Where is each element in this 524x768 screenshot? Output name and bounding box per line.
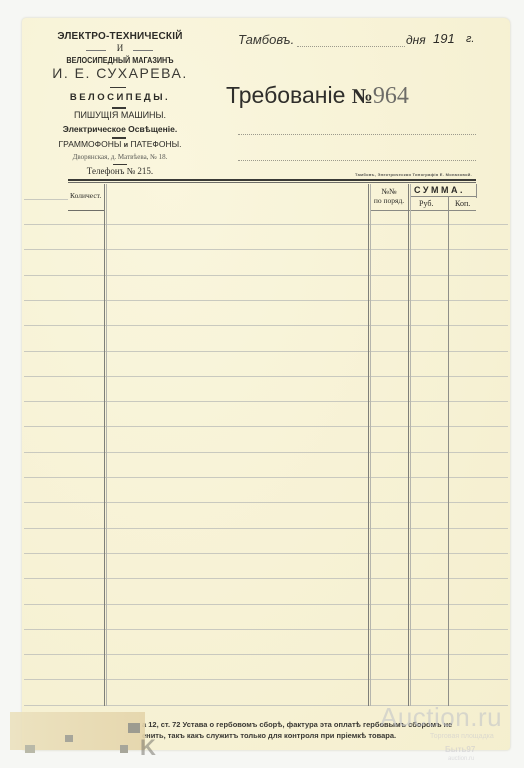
column-divider-rub-kop: [448, 196, 449, 706]
product-bicycles: ВЕЛОСИПЕДЫ.: [40, 92, 200, 103]
letterhead-line1: ЭЛЕКТРО-ТЕХНИЧЕСКІЙ: [40, 31, 200, 42]
document-number: 964: [373, 83, 409, 109]
ruled-line: [24, 300, 508, 301]
col-header-kop: Коп.: [455, 199, 470, 208]
header-rule: [68, 179, 476, 181]
column-divider-order-double: [410, 184, 411, 706]
col-header-order-no: №№по поряд.: [372, 187, 406, 205]
ruled-line: [24, 199, 68, 200]
ruled-line: [24, 502, 508, 503]
column-divider-quantity: [104, 184, 105, 706]
ruled-line: [24, 452, 508, 453]
gramophones-text: ГРАММОФОНЫ: [58, 139, 121, 149]
printer-imprint: Тамбовъ, Электрическая Типографія Е. Мон…: [355, 172, 472, 177]
watermark-brand: Auction.ru: [380, 702, 502, 733]
year-prefix: 191: [433, 31, 455, 46]
quantity-underline: [68, 210, 104, 211]
pixelated-block: [25, 745, 35, 753]
header-rule-thin: [68, 182, 476, 183]
col-header-quantity: Количест.: [70, 191, 101, 200]
ruled-line: [24, 553, 508, 554]
ruled-line: [24, 629, 508, 630]
document-title: Требованіе №964: [226, 82, 409, 110]
city-label: Тамбовъ.: [238, 32, 294, 47]
year-suffix: г.: [466, 33, 474, 45]
col-header-sum: СУММА.: [414, 185, 465, 195]
ruled-line: [24, 224, 508, 225]
ruled-line: [24, 426, 508, 427]
shop-phone: Телефонъ № 215.: [40, 166, 200, 176]
ruled-line: [24, 325, 508, 326]
pixelated-block: [128, 723, 140, 733]
divider: [113, 164, 127, 165]
ruled-line: [24, 351, 508, 352]
column-divider-order: [408, 184, 409, 706]
watermark-sub1: Торговая площадка: [430, 733, 494, 740]
product-gramophones: ГРАММОФОНЫ и ПАТЕФОНЫ.: [40, 139, 200, 149]
column-divider-item-double: [370, 184, 371, 706]
pixelated-letters: K: [140, 735, 156, 761]
date-field-line[interactable]: [297, 46, 405, 47]
col-header-rub: Руб.: [419, 199, 433, 208]
ruled-line: [24, 528, 508, 529]
ruled-line: [24, 679, 508, 680]
product-electric-lighting: Электрическое Освѣщеніе.: [40, 124, 200, 134]
product-typewriters: ПИШУЩІЯ МАШИНЫ.: [40, 110, 200, 120]
and-text: и: [124, 142, 128, 149]
title-text: Требованіе: [226, 82, 345, 108]
divider: [133, 50, 153, 51]
ruled-line: [24, 654, 508, 655]
ruled-line: [24, 578, 508, 579]
ruled-line: [24, 477, 508, 478]
watermark-sub3: auction.ru: [448, 756, 474, 762]
ruled-line: [24, 376, 508, 377]
letterhead-line3: ВЕЛОСИПЕДНЫЙ МАГАЗИНЪ: [52, 55, 188, 65]
column-divider-quantity-double: [106, 184, 107, 706]
sum-divider: [410, 196, 476, 197]
watermark-sub2: Быть97: [445, 745, 475, 754]
order-no-line1: №№: [372, 187, 406, 196]
column-divider-item: [368, 184, 369, 706]
footer-note-line2: енить, такъ какъ служитъ только для конт…: [142, 731, 396, 740]
owner-name: И. Е. СУХАРЕВА.: [40, 65, 200, 81]
pixelated-block: [65, 735, 73, 742]
divider: [112, 107, 126, 109]
day-label: дня: [406, 33, 426, 47]
ruled-line: [24, 249, 508, 250]
letterhead-line2: И: [40, 43, 200, 53]
order-no-line2: по поряд.: [372, 196, 406, 205]
shop-address: Дворянская, д. Матвѣева, № 18.: [40, 153, 200, 161]
ruled-line: [24, 401, 508, 402]
recipient-line-2[interactable]: [238, 160, 476, 161]
number-sign: №: [352, 84, 373, 108]
header-bottom-rule: [370, 210, 476, 211]
pixelated-block: [120, 745, 128, 753]
ruled-line: [24, 275, 508, 276]
recipient-line-1[interactable]: [238, 134, 476, 135]
divider: [110, 87, 126, 88]
column-right-edge: [476, 184, 477, 198]
ruled-line: [24, 604, 508, 605]
patephones-text: ПАТЕФОНЫ.: [130, 139, 181, 149]
